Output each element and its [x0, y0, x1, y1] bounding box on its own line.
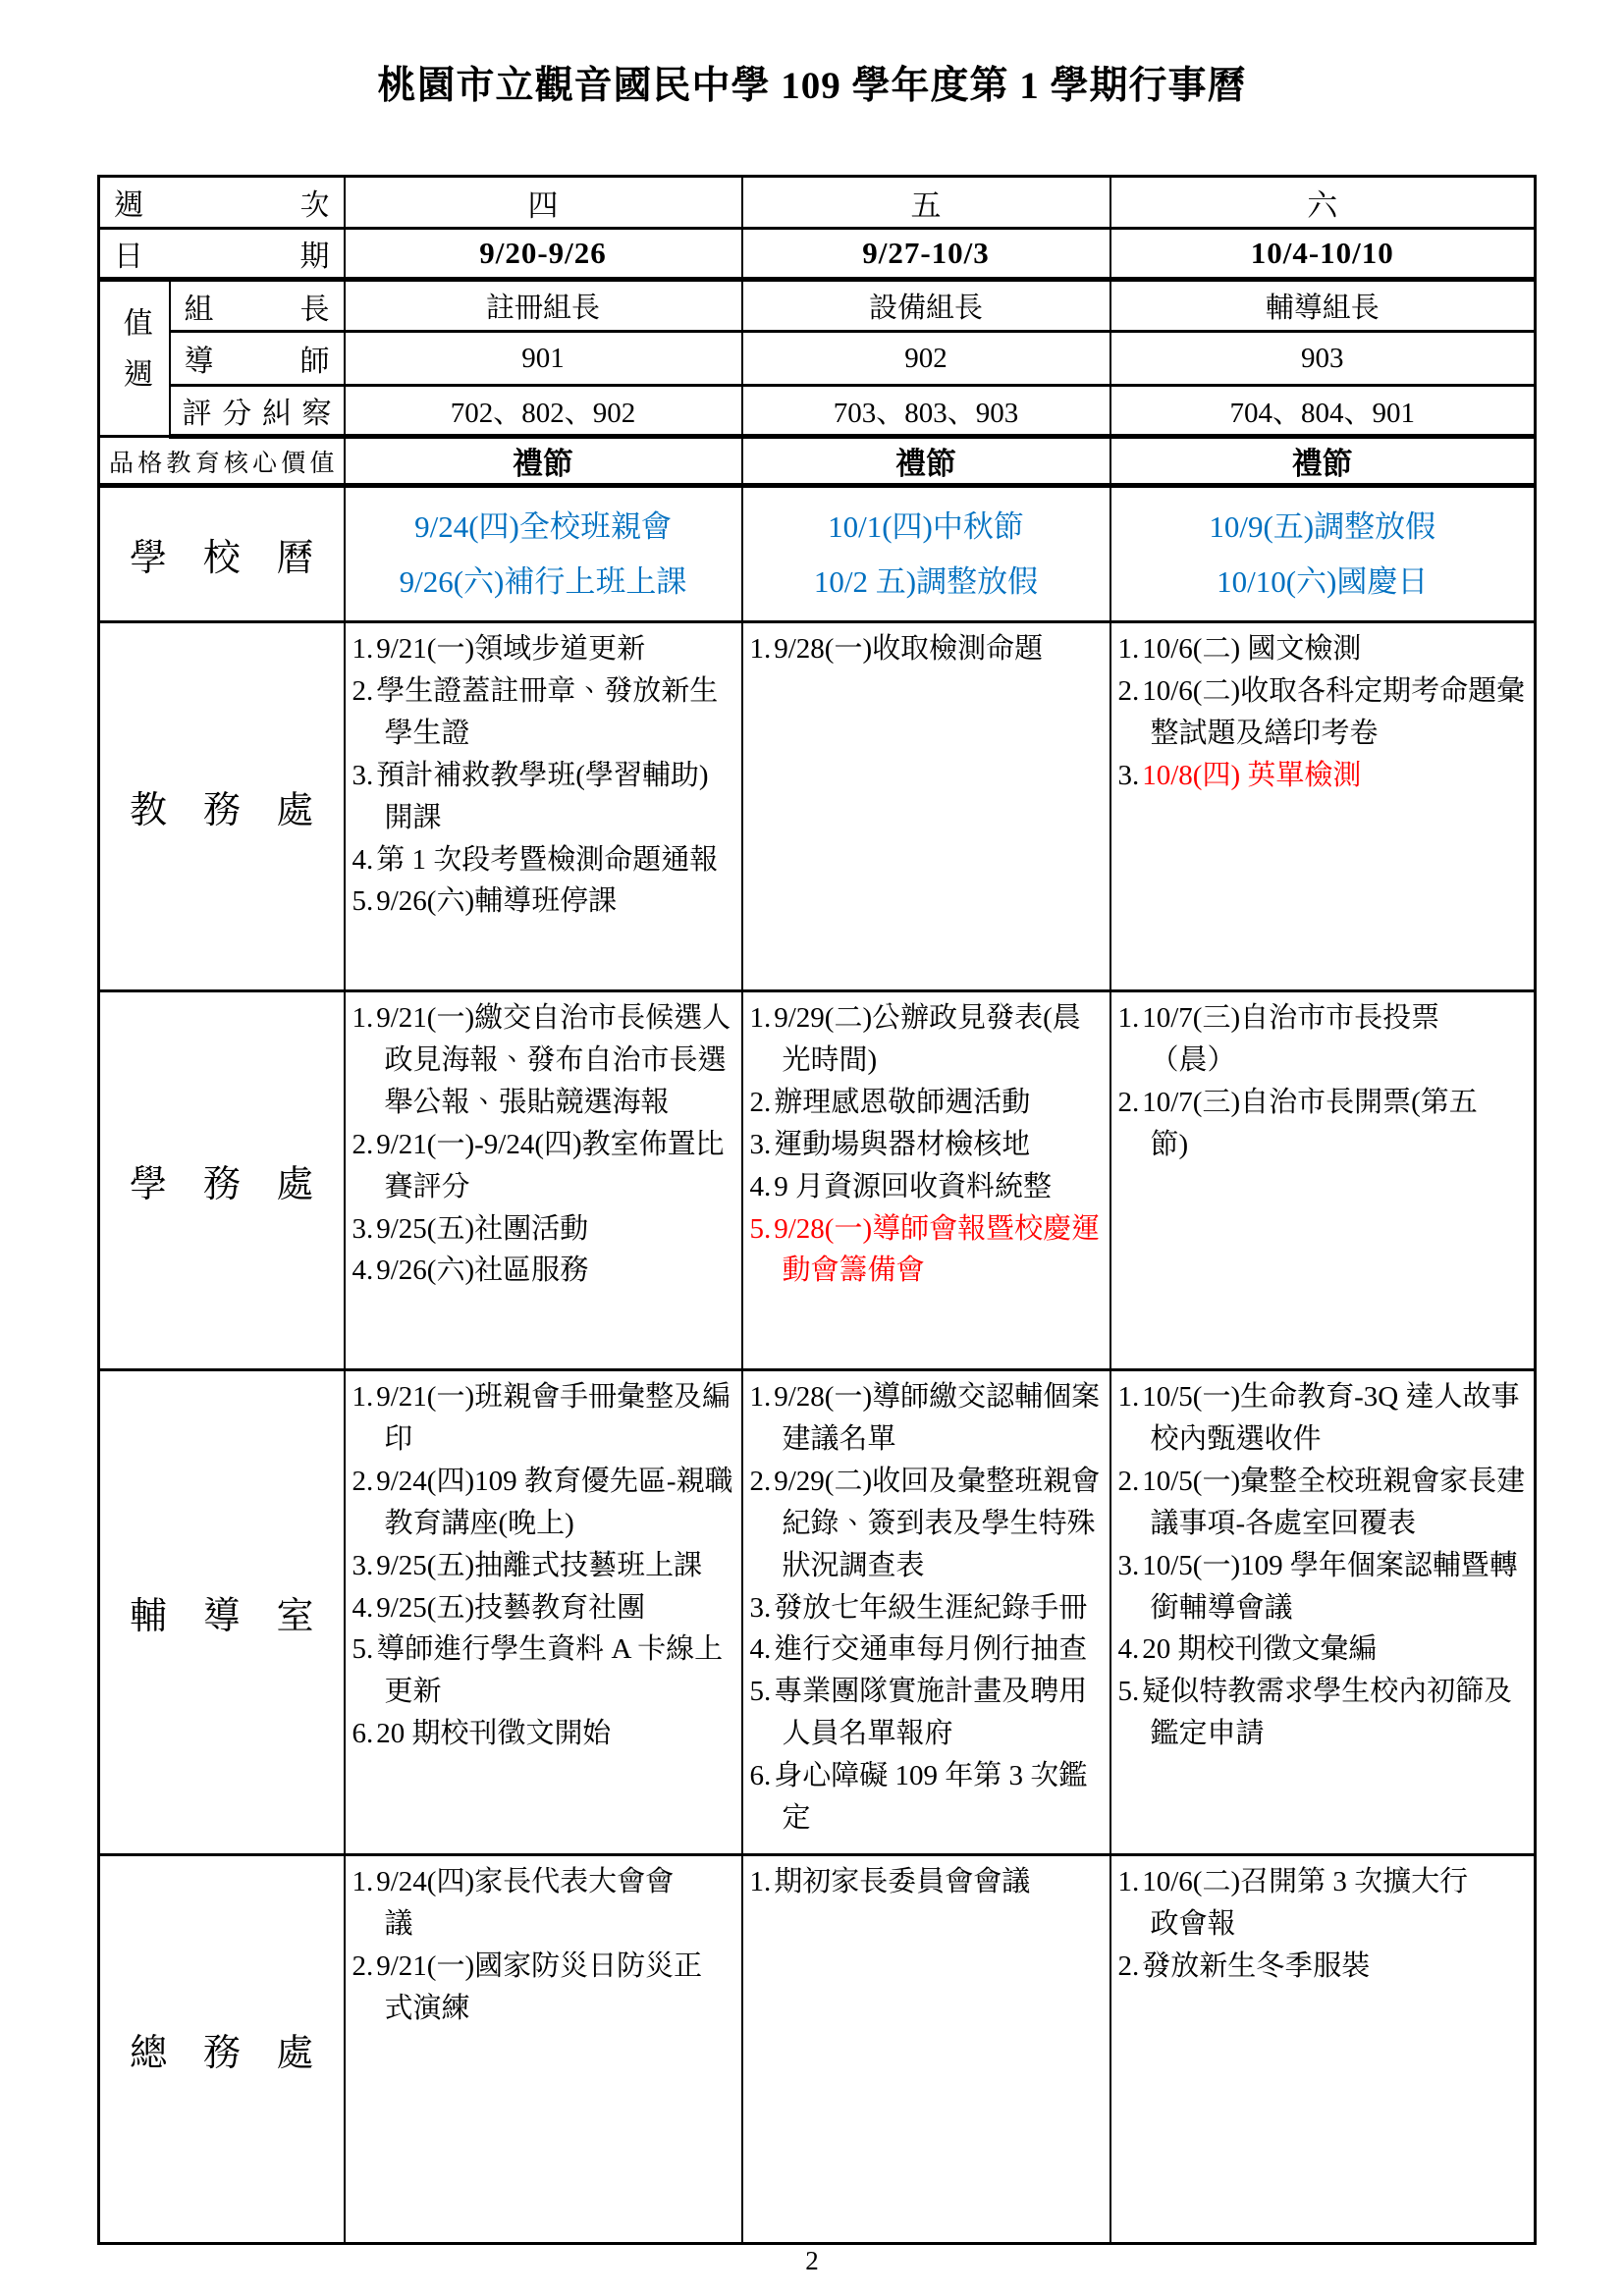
agenda-item-number: 1. [750, 1002, 772, 1034]
duty-score-week4: 702、802、902 [345, 386, 742, 437]
agenda-item: 4.第 1 次段考暨檢測命題通報 [352, 839, 737, 881]
agenda-item-text: 9/28(一)導師繳交認輔個案建議名單 [774, 1381, 1100, 1455]
agenda-item-text: 預計補救教學班(學習輔助)開課 [376, 760, 708, 833]
agenda-item: 2.9/21(一)國家防災日防災正 式演練 [352, 1946, 737, 2030]
agenda-item-text: 9/26(六)社區服務 [376, 1255, 588, 1286]
agenda-item-number: 2. [1118, 1087, 1140, 1118]
agenda-item-number: 2. [1118, 675, 1140, 707]
date-week5: 9/27-10/3 [742, 229, 1110, 280]
agenda-item-text: 9/21(一)領域步道更新 [376, 633, 645, 665]
general-week6-cell: 1.10/6(二)召開第 3 次擴大行 政會報2.發放新生冬季服裝 [1110, 1855, 1536, 2244]
agenda-item: 1.期初家長委員會會議 [750, 1861, 1106, 1903]
agenda-item-text: 9/26(六)輔導班停課 [376, 885, 617, 917]
dept-name-general: 總務處 [99, 1855, 345, 2244]
academic-week4-cell: 1.9/21(一)領域步道更新2.學生證蓋註冊章、發放新生學生證3.預計補救教學… [345, 622, 742, 991]
duty-group-cell: 值週 [99, 280, 170, 437]
counseling-week4-cell: 1.9/21(一)班親會手冊彙整及編印2.9/24(四)109 教育優先區-親職… [345, 1370, 742, 1855]
date-label-right: 期 [300, 232, 330, 275]
date-week4: 9/20-9/26 [345, 229, 742, 280]
agenda-item-number: 6. [750, 1760, 772, 1791]
agenda-item: 2.9/29(二)收回及彙整班親會紀錄、簽到表及學生特殊狀況調查表 [750, 1461, 1106, 1587]
agenda-item-number: 2. [352, 1950, 374, 1982]
duty-teacher-label: 導 師 [171, 337, 344, 380]
general-affairs-row: 總務處 1.9/24(四)家長代表大會會 議2.9/21(一)國家防災日防災正 … [99, 1855, 1536, 2244]
agenda-item-text: 身心障礙 109 年第 3 次鑑定 [774, 1760, 1087, 1834]
agenda-item-number: 2. [750, 1466, 772, 1497]
agenda-item-number: 3. [352, 760, 374, 791]
dept-name-counseling: 輔導室 [99, 1370, 345, 1855]
agenda-item-number: 5. [352, 1633, 374, 1665]
agenda-item-number: 3. [750, 1592, 772, 1624]
agenda-item-text: 10/6(二)召開第 3 次擴大行 政會報 [1142, 1866, 1468, 1940]
agenda-item-text: 發放新生冬季服裝 [1142, 1950, 1370, 1982]
duty-leader-week5: 設備組長 [742, 280, 1110, 332]
academic-week5-cell: 1.9/28(一)收取檢測命題 [742, 622, 1110, 991]
agenda-item-text: 9/21(一)-9/24(四)教室佈置比賽評分 [376, 1129, 724, 1202]
agenda-item-number: 3. [352, 1213, 374, 1245]
week-number-label: 週 次 [100, 181, 344, 224]
agenda-item: 2.10/5(一)彙整全校班親會家長建議事項-各處室回覆表 [1118, 1461, 1531, 1545]
agenda-item: 2.發放新生冬季服裝 [1118, 1946, 1531, 1988]
agenda-item-text: 9/28(一)收取檢測命題 [774, 633, 1043, 665]
agenda-item-text: 9/24(四)家長代表大會會 議 [376, 1866, 674, 1940]
agenda-item-text: 9/28(一)導師會報暨校慶運動會籌備會 [774, 1213, 1100, 1287]
agenda-item: 3.10/5(一)109 學年個案認輔暨轉銜輔導會議 [1118, 1545, 1531, 1629]
student-affairs-row: 學務處 1.9/21(一)繳交自治市長候選人政見海報、發布自治市長選舉公報、張貼… [99, 991, 1536, 1370]
school-calendar-entry: 9/24(四)全校班親會 [346, 500, 741, 555]
agenda-item: 2.9/24(四)109 教育優先區-親職教育講座(晚上) [352, 1461, 737, 1545]
agenda-item-text: 專業團隊實施計畫及聘用人員名單報府 [774, 1676, 1087, 1749]
agenda-item: 5.9/28(一)導師會報暨校慶運動會籌備會 [750, 1208, 1106, 1293]
school-calendar-entry: 9/26(六)補行上班上課 [346, 555, 741, 610]
dept-name-student: 學務處 [99, 991, 345, 1370]
agenda-item: 2.10/6(二)收取各科定期考命題彙整試題及繕印考卷 [1118, 670, 1531, 755]
agenda-item: 1.10/6(二)召開第 3 次擴大行 政會報 [1118, 1861, 1531, 1946]
agenda-item: 1.10/7(三)自治市市長投票 （晨） [1118, 997, 1531, 1082]
duty-leader-label-right: 長 [300, 285, 330, 328]
agenda-item-number: 3. [352, 1550, 374, 1581]
agenda-item-text: 10/6(二)收取各科定期考命題彙整試題及繕印考卷 [1142, 675, 1525, 749]
agenda-item-number: 4. [352, 844, 374, 876]
counseling-week6-cell: 1.10/5(一)生命教育-3Q 達人故事校內甄選收件2.10/5(一)彙整全校… [1110, 1370, 1536, 1855]
duty-score-label: 評分糾察 [170, 386, 345, 437]
agenda-item: 1.9/28(一)收取檢測命題 [750, 628, 1106, 670]
agenda-item: 1.9/29(二)公辦政見發表(晨光時間) [750, 997, 1106, 1082]
school-calendar-row: 學校曆 9/24(四)全校班親會 9/26(六)補行上班上課 10/1(四)中秋… [99, 486, 1536, 622]
agenda-item: 6.20 期校刊徵文開始 [352, 1713, 737, 1755]
agenda-item-text: 10/5(一)109 學年個案認輔暨轉銜輔導會議 [1142, 1550, 1518, 1624]
agenda-item: 5.專業團隊實施計畫及聘用人員名單報府 [750, 1671, 1106, 1755]
agenda-item: 1.9/28(一)導師繳交認輔個案建議名單 [750, 1376, 1106, 1461]
agenda-item: 3.9/25(五)社團活動 [352, 1208, 737, 1251]
agenda-item-text: 辦理感恩敬師週活動 [774, 1087, 1030, 1118]
agenda-item-number: 2. [750, 1087, 772, 1118]
agenda-item-text: 導師進行學生資料 A 卡線上更新 [376, 1633, 723, 1707]
agenda-item-number: 4. [750, 1171, 772, 1202]
week-number-label-right: 次 [300, 181, 330, 224]
duty-leader-row: 值週 組 長 註冊組長 設備組長 輔導組長 [99, 280, 1536, 332]
agenda-item-text: 9/29(二)公辦政見發表(晨光時間) [774, 1002, 1081, 1076]
character-education-row: 品格教育核心價值 禮節 禮節 禮節 [99, 437, 1536, 486]
academic-affairs-row: 教務處 1.9/21(一)領域步道更新2.學生證蓋註冊章、發放新生學生證3.預計… [99, 622, 1536, 991]
week-5-cell: 五 [742, 177, 1110, 229]
agenda-item: 1.10/6(二) 國文檢測 [1118, 628, 1531, 670]
agenda-item-text: 10/8(四) 英單檢測 [1142, 760, 1361, 791]
duty-leader-label-cell: 組 長 [170, 280, 345, 332]
agenda-item-text: 9/21(一)國家防災日防災正 式演練 [376, 1950, 702, 2024]
agenda-item-text: 10/7(三)自治市市長投票 （晨） [1142, 1002, 1439, 1076]
calendar-table: 週 次 四 五 六 日 期 9/20-9/26 9/27-10/3 10/4-1… [97, 175, 1537, 2245]
agenda-item-number: 2. [1118, 1466, 1140, 1497]
school-calendar-entry: 10/2 五)調整放假 [743, 555, 1110, 610]
school-calendar-week5: 10/1(四)中秋節 10/2 五)調整放假 [742, 486, 1110, 622]
agenda-item-number: 3. [750, 1129, 772, 1160]
school-calendar-week4: 9/24(四)全校班親會 9/26(六)補行上班上課 [345, 486, 742, 622]
agenda-item-text: 學生證蓋註冊章、發放新生學生證 [376, 675, 718, 749]
agenda-item-number: 4. [352, 1592, 374, 1624]
counseling-office-row: 輔導室 1.9/21(一)班親會手冊彙整及編印2.9/24(四)109 教育優先… [99, 1370, 1536, 1855]
school-calendar-label: 學校曆 [99, 486, 345, 622]
student-week5-cell: 1.9/29(二)公辦政見發表(晨光時間)2.辦理感恩敬師週活動3.運動場與器材… [742, 991, 1110, 1370]
agenda-item-number: 1. [1118, 1381, 1140, 1413]
agenda-item: 1.10/5(一)生命教育-3Q 達人故事校內甄選收件 [1118, 1376, 1531, 1461]
school-calendar-entry: 10/10(六)國慶日 [1111, 555, 1535, 610]
agenda-item-text: 9 月資源回收資料統整 [774, 1171, 1052, 1202]
agenda-item-number: 4. [750, 1633, 772, 1665]
agenda-item-text: 20 期校刊徵文開始 [376, 1718, 611, 1749]
agenda-item-number: 1. [750, 1381, 772, 1413]
agenda-item: 4.20 期校刊徵文彙編 [1118, 1629, 1531, 1671]
duty-teacher-label-left: 導 [185, 337, 214, 380]
agenda-item-number: 3. [1118, 1550, 1140, 1581]
date-label: 日 期 [100, 232, 344, 275]
agenda-item: 5.疑似特教需求學生校內初篩及鑑定申請 [1118, 1671, 1531, 1755]
agenda-item-text: 第 1 次段考暨檢測命題通報 [376, 844, 718, 876]
agenda-item: 1.9/24(四)家長代表大會會 議 [352, 1861, 737, 1946]
week-number-label-left: 週 [114, 181, 143, 224]
duty-teacher-week5: 902 [742, 332, 1110, 386]
agenda-item: 2.9/21(一)-9/24(四)教室佈置比賽評分 [352, 1124, 737, 1208]
agenda-item-number: 5. [750, 1676, 772, 1707]
agenda-item-text: 期初家長委員會會議 [774, 1866, 1030, 1897]
school-calendar-week6: 10/9(五)調整放假 10/10(六)國慶日 [1110, 486, 1536, 622]
school-calendar-entry: 10/1(四)中秋節 [743, 500, 1110, 555]
agenda-item-number: 3. [1118, 760, 1140, 791]
duty-teacher-label-cell: 導 師 [170, 332, 345, 386]
agenda-item: 5.導師進行學生資料 A 卡線上更新 [352, 1629, 737, 1713]
agenda-item: 6.身心障礙 109 年第 3 次鑑定 [750, 1755, 1106, 1840]
duty-teacher-row: 導 師 901 902 903 [99, 332, 1536, 386]
general-week5-cell: 1.期初家長委員會會議 [742, 1855, 1110, 2244]
agenda-item-number: 5. [750, 1213, 772, 1245]
agenda-item-text: 9/29(二)收回及彙整班親會紀錄、簽到表及學生特殊狀況調查表 [774, 1466, 1100, 1581]
agenda-item-text: 9/24(四)109 教育優先區-親職教育講座(晚上) [376, 1466, 732, 1539]
date-week6: 10/4-10/10 [1110, 229, 1536, 280]
agenda-item: 3.運動場與器材檢核地 [750, 1124, 1106, 1166]
character-education-label: 品格教育核心價值 [99, 437, 345, 486]
agenda-item: 3.預計補救教學班(學習輔助)開課 [352, 755, 737, 839]
agenda-item-text: 進行交通車每月例行抽查 [774, 1633, 1087, 1665]
agenda-item: 1.9/21(一)領域步道更新 [352, 628, 737, 670]
character-week6: 禮節 [1110, 437, 1536, 486]
agenda-item-text: 10/7(三)自治市長開票(第五 節) [1142, 1087, 1478, 1160]
character-week5: 禮節 [742, 437, 1110, 486]
agenda-item-text: 9/21(一)班親會手冊彙整及編印 [376, 1381, 731, 1455]
character-week4: 禮節 [345, 437, 742, 486]
agenda-item-number: 1. [352, 1002, 374, 1034]
duty-leader-label: 組 長 [171, 285, 344, 328]
agenda-item-text: 10/6(二) 國文檢測 [1142, 633, 1361, 665]
agenda-item-number: 1. [1118, 1866, 1140, 1897]
agenda-item-number: 1. [750, 633, 772, 665]
agenda-item: 4.9/25(五)技藝教育社團 [352, 1587, 737, 1629]
agenda-item-number: 6. [352, 1718, 374, 1749]
page-number: 2 [0, 2246, 1624, 2276]
duty-score-week5: 703、803、903 [742, 386, 1110, 437]
agenda-item: 1.9/21(一)班親會手冊彙整及編印 [352, 1376, 737, 1461]
date-label-left: 日 [114, 232, 143, 275]
agenda-item-number: 2. [352, 675, 374, 707]
agenda-item-number: 5. [352, 885, 374, 917]
agenda-item: 4.9/26(六)社區服務 [352, 1250, 737, 1292]
dept-name-academic: 教務處 [99, 622, 345, 991]
agenda-item-text: 9/25(五)抽離式技藝班上課 [376, 1550, 702, 1581]
agenda-item-text: 運動場與器材檢核地 [774, 1129, 1030, 1160]
agenda-item-number: 1. [750, 1866, 772, 1897]
agenda-item-number: 2. [352, 1466, 374, 1497]
agenda-item-number: 1. [1118, 633, 1140, 665]
week-6-cell: 六 [1110, 177, 1536, 229]
duty-score-row: 評分糾察 702、802、902 703、803、903 704、804、901 [99, 386, 1536, 437]
agenda-item: 2.學生證蓋註冊章、發放新生學生證 [352, 670, 737, 755]
agenda-item: 2.10/7(三)自治市長開票(第五 節) [1118, 1082, 1531, 1166]
agenda-item-text: 20 期校刊徵文彙編 [1142, 1633, 1377, 1665]
page-title: 桃園市立觀音國民中學 109 學年度第 1 學期行事曆 [0, 55, 1624, 110]
week-number-label-cell: 週 次 [99, 177, 345, 229]
agenda-item-number: 1. [352, 633, 374, 665]
agenda-item: 3.發放七年級生涯紀錄手冊 [750, 1587, 1106, 1629]
agenda-item-text: 9/25(五)社團活動 [376, 1213, 588, 1245]
agenda-item: 3.9/25(五)抽離式技藝班上課 [352, 1545, 737, 1587]
date-row: 日 期 9/20-9/26 9/27-10/3 10/4-10/10 [99, 229, 1536, 280]
agenda-item-text: 10/5(一)彙整全校班親會家長建議事項-各處室回覆表 [1142, 1466, 1525, 1539]
school-calendar-entry: 10/9(五)調整放假 [1111, 500, 1535, 555]
duty-leader-label-left: 組 [185, 285, 214, 328]
agenda-item: 3.10/8(四) 英單檢測 [1118, 755, 1531, 797]
agenda-item: 4.進行交通車每月例行抽查 [750, 1629, 1106, 1671]
counseling-week5-cell: 1.9/28(一)導師繳交認輔個案建議名單2.9/29(二)收回及彙整班親會紀錄… [742, 1370, 1110, 1855]
duty-score-week6: 704、804、901 [1110, 386, 1536, 437]
agenda-item-number: 2. [352, 1129, 374, 1160]
agenda-item-number: 4. [1118, 1633, 1140, 1665]
agenda-item: 5.9/26(六)輔導班停課 [352, 881, 737, 923]
general-week4-cell: 1.9/24(四)家長代表大會會 議2.9/21(一)國家防災日防災正 式演練 [345, 1855, 742, 2244]
agenda-item: 4.9 月資源回收資料統整 [750, 1166, 1106, 1208]
agenda-item-number: 1. [352, 1866, 374, 1897]
agenda-item-number: 4. [352, 1255, 374, 1286]
duty-teacher-week4: 901 [345, 332, 742, 386]
duty-group-label: 值週 [120, 307, 149, 409]
agenda-item-text: 發放七年級生涯紀錄手冊 [774, 1592, 1087, 1624]
week-number-row: 週 次 四 五 六 [99, 177, 1536, 229]
duty-leader-week6: 輔導組長 [1110, 280, 1536, 332]
agenda-item-number: 2. [1118, 1950, 1140, 1982]
agenda-item-text: 疑似特教需求學生校內初篩及鑑定申請 [1142, 1676, 1512, 1749]
agenda-item: 1.9/21(一)繳交自治市長候選人政見海報、發布自治市長選舉公報、張貼競選海報 [352, 997, 737, 1124]
academic-week6-cell: 1.10/6(二) 國文檢測2.10/6(二)收取各科定期考命題彙整試題及繕印考… [1110, 622, 1536, 991]
agenda-item-number: 5. [1118, 1676, 1140, 1707]
agenda-item-number: 1. [1118, 1002, 1140, 1034]
agenda-item-number: 1. [352, 1381, 374, 1413]
duty-teacher-week6: 903 [1110, 332, 1536, 386]
document-page: { "page": { "title": "桃園市立觀音國民中學 109 學年度… [0, 0, 1624, 2296]
week-4-cell: 四 [345, 177, 742, 229]
duty-leader-week4: 註冊組長 [345, 280, 742, 332]
duty-teacher-label-right: 師 [300, 337, 330, 380]
date-label-cell: 日 期 [99, 229, 345, 280]
agenda-item-text: 10/5(一)生命教育-3Q 達人故事校內甄選收件 [1142, 1381, 1519, 1455]
student-week6-cell: 1.10/7(三)自治市市長投票 （晨）2.10/7(三)自治市長開票(第五 節… [1110, 991, 1536, 1370]
agenda-item-text: 9/25(五)技藝教育社團 [376, 1592, 645, 1624]
agenda-item-text: 9/21(一)繳交自治市長候選人政見海報、發布自治市長選舉公報、張貼競選海報 [376, 1002, 731, 1118]
agenda-item: 2.辦理感恩敬師週活動 [750, 1082, 1106, 1124]
student-week4-cell: 1.9/21(一)繳交自治市長候選人政見海報、發布自治市長選舉公報、張貼競選海報… [345, 991, 742, 1370]
